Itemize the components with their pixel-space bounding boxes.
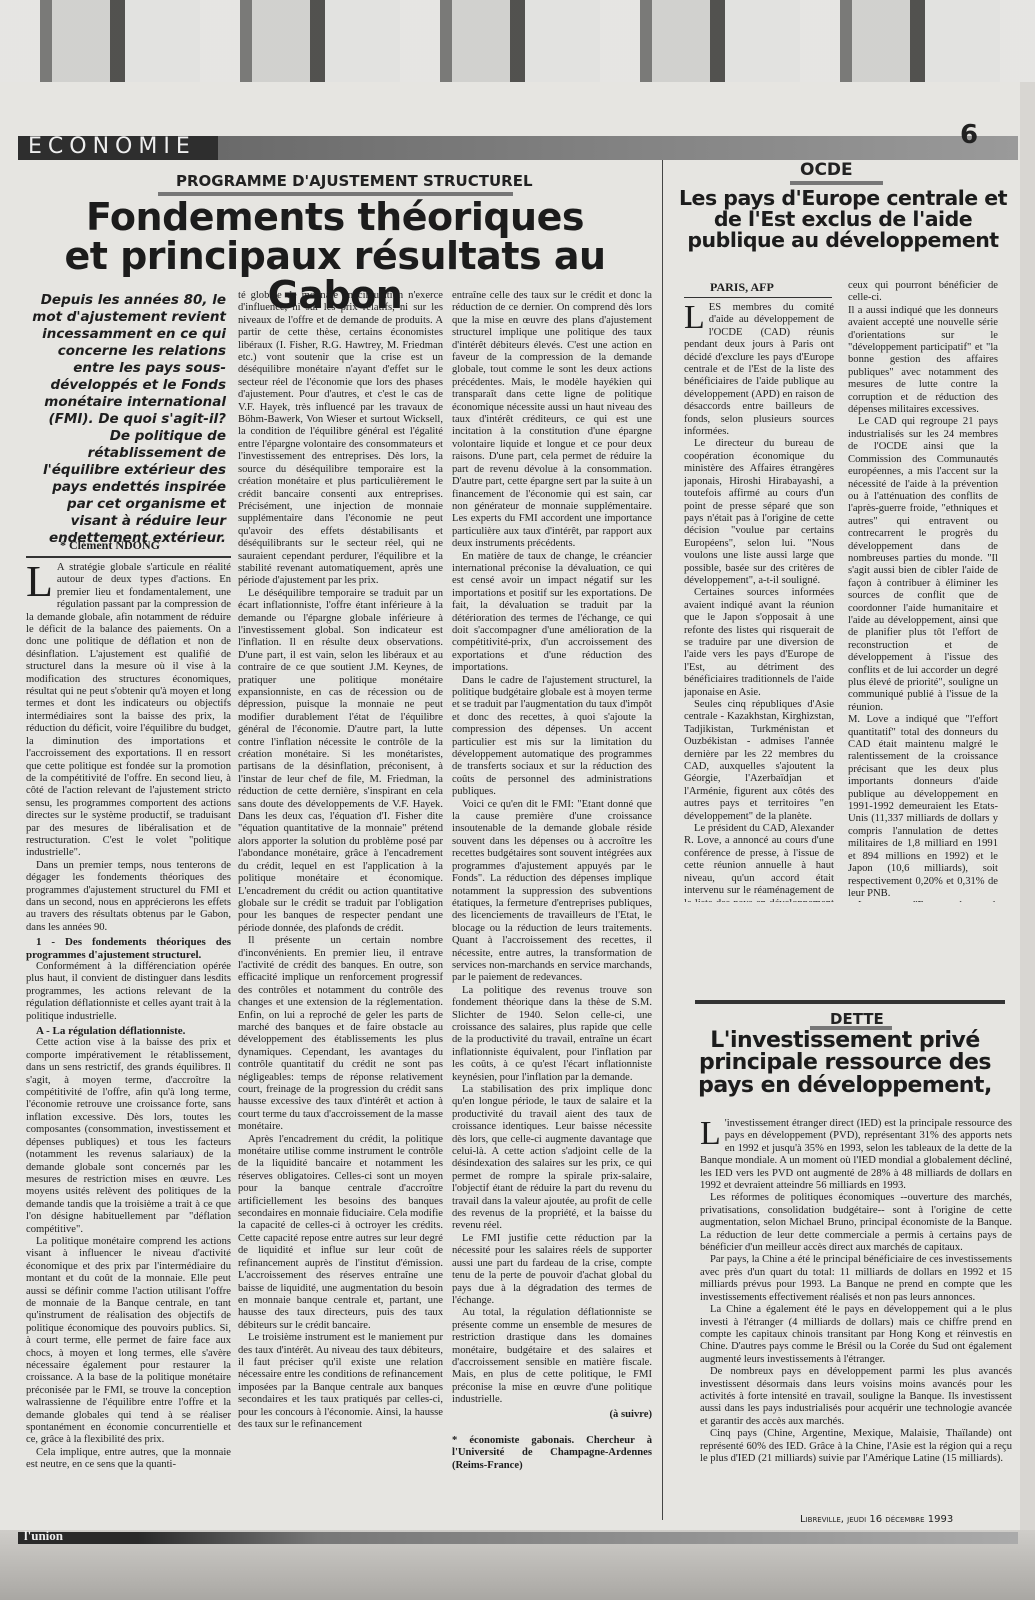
dette-body: L'investissement étranger direct (IED) e…: [700, 1118, 1012, 1518]
main-column-3: entraîne celle des taux sur le crédit et…: [452, 290, 652, 1522]
ocde-column-2: ceux qui pourront bénéficier de celle-ci…: [848, 280, 998, 902]
dateline-rule: [684, 297, 832, 298]
main-headline-line1: Fondements théoriques: [30, 198, 640, 237]
dropcap: L: [684, 304, 705, 332]
paragraph: Certaines sources informées avaient indi…: [684, 587, 834, 699]
paragraph: Le déséquilibre temporaire se traduit pa…: [238, 588, 443, 935]
issue-date: Libreville, jeudi 16 décembre 1993: [800, 1514, 953, 1525]
column-divider: [662, 160, 663, 1520]
main-byline: * Clément NDONG: [60, 538, 230, 553]
ocde-dateline: PARIS, AFP: [710, 280, 774, 295]
section-rubric: ECONOMIE: [28, 134, 196, 159]
paragraph: Cela implique, entre autres, que la monn…: [26, 1447, 231, 1472]
main-column-2: té globale de monnaie en circulation n'e…: [238, 290, 443, 1522]
paragraph: La politique monétaire comprend les acti…: [26, 1236, 231, 1447]
dette-headline: L'investissement privé principale ressou…: [680, 1030, 1010, 1097]
paragraph: Au total, la régulation déflationniste s…: [452, 1307, 652, 1406]
ocde-column-1: LES membres du comité d'aide au développ…: [684, 302, 834, 902]
paragraph: 'investissement étranger direct (IED) es…: [700, 1118, 1012, 1191]
scan-top-margin: [0, 0, 1035, 82]
paragraph: té globale de monnaie en circulation n'e…: [238, 290, 443, 588]
subsection-heading: A - La régulation déflationniste.: [26, 1025, 231, 1037]
paragraph: De nombreux pays en développement parmi …: [700, 1366, 1012, 1428]
author-note: * économiste gabonais. Chercheur à l'Uni…: [452, 1435, 652, 1472]
paragraph: Voici ce qu'en dit le FMI: "Etant donné …: [452, 799, 652, 985]
newspaper-logo: l'union: [24, 1528, 63, 1544]
paragraph: Dans le cadre de l'ajustement structurel…: [452, 675, 652, 799]
paragraph: ceux qui pourront bénéficier de celle-ci…: [848, 280, 998, 305]
paragraph: Il présente un certain nombre d'inconvén…: [238, 935, 443, 1134]
footer-bar: [18, 1532, 1018, 1544]
paragraph: Par pays, la Chine a été le principal bé…: [700, 1254, 1012, 1304]
paragraph: Les pays d'Europe du nord, Danemark, Fin…: [848, 900, 998, 902]
paragraph: ES membres du comité d'aide au développe…: [684, 302, 834, 437]
paragraph: Le directeur du bureau de coopération éc…: [684, 438, 834, 587]
ocde-kicker-rule: [790, 181, 883, 185]
paragraph: Le CAD qui regroupe 21 pays industrialis…: [848, 416, 998, 714]
paragraph: Il a aussi indiqué que les donneurs avai…: [848, 305, 998, 417]
paragraph: Le troisième instrument est le maniement…: [238, 1332, 443, 1431]
paragraph: Cinq pays (Chine, Argentine, Mexique, Ma…: [700, 1428, 1012, 1465]
section-divider: [695, 1000, 1005, 1004]
paragraph: A stratégie globale s'articule en réalit…: [26, 562, 231, 858]
paragraph: entraîne celle des taux sur le crédit et…: [452, 290, 652, 551]
ocde-kicker: OCDE: [800, 160, 853, 180]
paragraph: La stabilisation des prix implique donc …: [452, 1084, 652, 1233]
section-heading: 1 - Des fondements théoriques des progra…: [26, 936, 231, 961]
dropcap: L: [26, 564, 53, 600]
main-standfirst: Depuis les années 80, le mot d'ajustemen…: [26, 292, 226, 547]
dropcap: L: [700, 1120, 721, 1148]
byline-rule: [26, 556, 231, 558]
ocde-headline: Les pays d'Europe centrale et de l'Est e…: [672, 188, 1014, 251]
paragraph: La politique des revenus trouve son fond…: [452, 985, 652, 1084]
paragraph: En matière de taux de change, le créanci…: [452, 551, 652, 675]
paragraph: M. Love a indiqué que "l'effort quantita…: [848, 714, 998, 900]
paragraph: Dans un premier temps, nous tenterons de…: [26, 860, 231, 934]
paragraph: Cette action vise à la baisse des prix e…: [26, 1037, 231, 1236]
paragraph: La Chine a également été le pays en déve…: [700, 1304, 1012, 1366]
main-kicker: Programme d'ajustement structurel: [176, 172, 533, 190]
paragraph: Après l'encadrement du crédit, la politi…: [238, 1134, 443, 1333]
paragraph: Le président du CAD, Alexander R. Love, …: [684, 823, 834, 902]
paragraph: Les réformes de politiques économiques -…: [700, 1192, 1012, 1254]
page-number: 6: [960, 120, 978, 150]
paragraph: Le FMI justifie cette réduction par la n…: [452, 1233, 652, 1307]
paragraph: Seules cinq républiques d'Asie centrale …: [684, 699, 834, 823]
main-column-1: LA stratégie globale s'articule en réali…: [26, 562, 231, 1522]
paragraph: Conformément à la différenciation opérée…: [26, 961, 231, 1023]
to-be-continued: (à suivre): [452, 1409, 652, 1421]
